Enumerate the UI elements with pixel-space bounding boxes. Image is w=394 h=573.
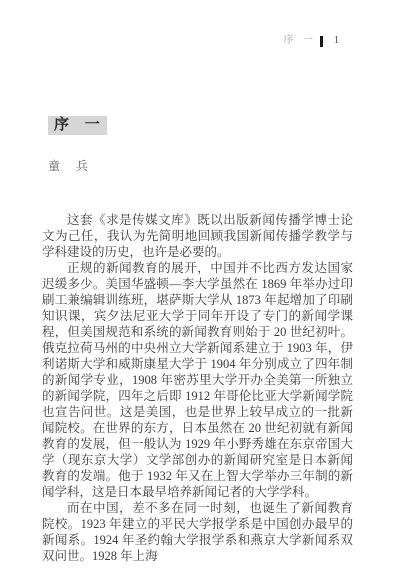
running-header-title: 序 一	[284, 34, 315, 48]
paragraph-history-west: 正规的新闻教育的展开，中国并不比西方发达国家迟缓多少。美国华盛顿—李大学虽然在 …	[42, 260, 353, 500]
preface-body: 这套《求是传媒文库》既以出版新闻传播学博士论文为己任，我认为先简明地回顾我国新闻…	[42, 212, 353, 564]
paragraph-intro: 这套《求是传媒文库》既以出版新闻传播学博士论文为己任，我认为先简明地回顾我国新闻…	[42, 212, 353, 260]
running-header: 序 一 1	[284, 34, 340, 48]
page-number: 1	[334, 34, 339, 48]
author-name: 童 兵	[48, 157, 89, 174]
paragraph-history-china: 而在中国，差不多在同一时刻，也诞生了新闻教育院校。1923 年建立的平民大学报学…	[42, 500, 353, 564]
header-divider-bar	[320, 36, 323, 47]
book-page: 序 一 1 序 一 童 兵 这套《求是传媒文库》既以出版新闻传播学博士论文为己任…	[0, 0, 394, 573]
preface-title: 序 一	[48, 116, 107, 135]
